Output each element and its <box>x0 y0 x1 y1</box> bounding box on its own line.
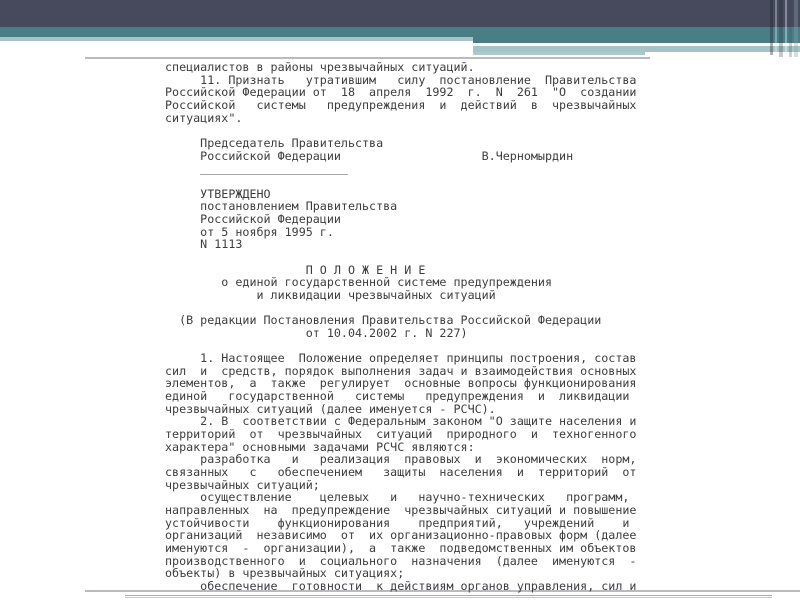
page-bottom-edge <box>125 597 772 598</box>
slide: специалистов в районы чрезвычайных ситуа… <box>0 0 800 600</box>
header-stripe <box>775 0 777 55</box>
document-text: специалистов в районы чрезвычайных ситуа… <box>165 61 636 593</box>
header-teal-bar-right <box>473 27 800 43</box>
page-top-edge <box>85 57 650 59</box>
header-stripe <box>785 0 787 57</box>
header-stripe <box>794 0 798 57</box>
header-stripe <box>779 0 783 57</box>
header-dark-bar <box>0 0 800 27</box>
page-bottom-edge <box>125 595 772 596</box>
header-light-teal-bar-left <box>0 37 473 41</box>
header-stripe <box>770 0 773 55</box>
header-light-teal-lip <box>473 52 645 55</box>
header-stripe <box>789 0 792 57</box>
header-teal-bar-left <box>0 27 473 37</box>
